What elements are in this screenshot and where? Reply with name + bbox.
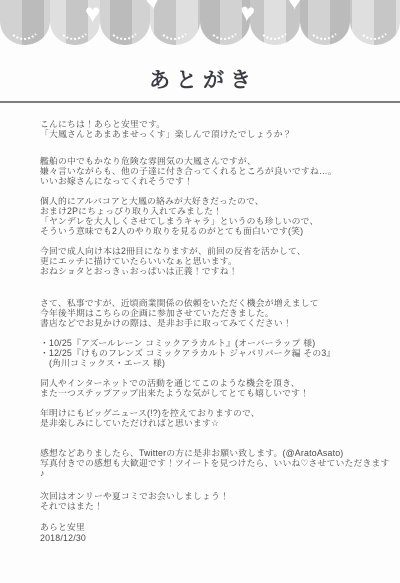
page-title: あとがき (0, 64, 400, 94)
paragraph-twitter: 感想などありましたら、Twitterの方に是非お願い致します。(@AratoAs… (40, 448, 392, 478)
paragraph-farewell: 次回はオンリーや夏コミでお会いしましょう！ それではまた！ (40, 491, 392, 511)
text-line: 同人やインターネットでの活動を通じてこのような機会を頂き、 (40, 378, 392, 388)
author-name: あらと安里 (40, 522, 392, 533)
text-line: 「大鳳さんとあまあませっくす」楽しんで頂けたでしょうか？ (40, 129, 392, 139)
list-item: ・10/25『アズールレーン コミックアラカルト』(オーバーラップ 様) (40, 338, 392, 348)
text-line: また一つステップアップ出来たような気がしてとても嬉しいです！ (40, 388, 392, 398)
heart-icon: ♥ (144, 0, 161, 14)
paragraph-step-up: 同人やインターネットでの活動を通じてこのような機会を頂き、 また一つステップアッ… (40, 378, 392, 398)
text-line: 個人的にアルバコアと大鳳の絡みが大好きだったので、 (40, 196, 392, 206)
dot-arc-decoration (306, 3, 342, 40)
paragraph-commercial-work: さて、私事ですが、近頃商業関係の依頼をいただく機会が増えまして 今年後半期はこち… (40, 298, 392, 328)
text-line: 書店などでお見かけの際は、是非お手に取ってみてください！ (40, 318, 392, 328)
decorative-banner: ♥ ♥ ♥ ♥ (0, 0, 400, 45)
text-line: 写真付きでの感想も大歓迎です！ツイートを見つけたら、いいね♡させていただきます♪ (40, 458, 392, 478)
paragraph-big-news: 年明けにもビッグニュース(!?)を控えておりますので、 是非楽しみにしていただけ… (40, 408, 392, 428)
date: 2018/12/30 (40, 533, 392, 544)
text-line: 是非楽しみにしていただければと思います☆ (40, 418, 392, 428)
list-item: ・12/25『けものフレンズ コミックアラカルト ジャパリパーク編 その3』 (40, 348, 392, 358)
text-line: こんにちは！あらと安里です。 (40, 119, 392, 129)
dot-arc-decoration (156, 3, 192, 40)
text-line: それではまた！ (40, 501, 392, 511)
heart-icon: ♥ (85, 0, 100, 26)
paragraph-greeting: こんにちは！あらと安里です。 「大鳳さんとあまあませっくす」楽しんで頂けたでしょ… (40, 119, 392, 139)
dot-arc-decoration (6, 3, 42, 40)
paragraph-bonus-pages: 個人的にアルバコアと大鳳の絡みが大好きだったので、 おまけ2Pにちょっぴり取り入… (40, 196, 392, 236)
dot-arc-decoration (106, 3, 142, 40)
list-item: (角川コミックス・エース 様) (40, 358, 392, 368)
signature-block: あらと安里 2018/12/30 (40, 522, 392, 543)
text-line: そういう意味でも2人のやり取りを見るのがとても面白いです(笑) (40, 226, 392, 236)
text-line: いいお嫁さんになってくれそうです！ (40, 176, 392, 186)
text-line: 感想などありましたら、Twitterの方に是非お願い致します。(@AratoAs… (40, 448, 392, 458)
dot-arc-decoration (356, 3, 392, 40)
dot-arc-decoration (256, 3, 292, 40)
afterword-body: こんにちは！あらと安里です。 「大鳳さんとあまあませっくす」楽しんで頂けたでしょ… (0, 103, 400, 543)
heart-icon: ♥ (288, 0, 301, 13)
heart-icon: ♥ (239, 0, 257, 27)
paragraph-second-book: 今回で成人向け本は2冊目になりますが、前回の反省を活かして、 更にエッチに描けて… (40, 246, 392, 276)
text-line: 今年後半期はこちらの企画に参加させていただきました。 (40, 308, 392, 318)
text-line: 次回はオンリーや夏コミでお会いしましょう！ (40, 491, 392, 501)
dot-arc-decoration (206, 3, 242, 40)
text-line: おまけ2Pにちょっぴり取り入れてみました！ (40, 206, 392, 216)
text-line: 「ヤンデレを大人しくさせてしまうキャラ」というのも珍しいので、 (40, 216, 392, 226)
paragraph-book-list: ・10/25『アズールレーン コミックアラカルト』(オーバーラップ 様) ・12… (40, 338, 392, 368)
text-line: 更にエッチに描けていたらいいなぁと思います。 (40, 256, 392, 266)
text-line: さて、私事ですが、近頃商業関係の依頼をいただく機会が増えまして (40, 298, 392, 308)
paragraph-character: 艦船の中でもかなり危険な雰囲気の大鳳さんですが、 嫌々言いながらも、他の子達に付… (40, 156, 392, 186)
text-line: 艦船の中でもかなり危険な雰囲気の大鳳さんですが、 (40, 156, 392, 166)
text-line: おねショタとおっきぃおっぱいは正義！ですね！ (40, 266, 392, 276)
text-line: 年明けにもビッグニュース(!?)を控えておりますので、 (40, 408, 392, 418)
text-line: 嫌々言いながらも、他の子達に付き合ってくれるところが良いですね…。 (40, 166, 392, 176)
text-line: 今回で成人向け本は2冊目になりますが、前回の反省を活かして、 (40, 246, 392, 256)
